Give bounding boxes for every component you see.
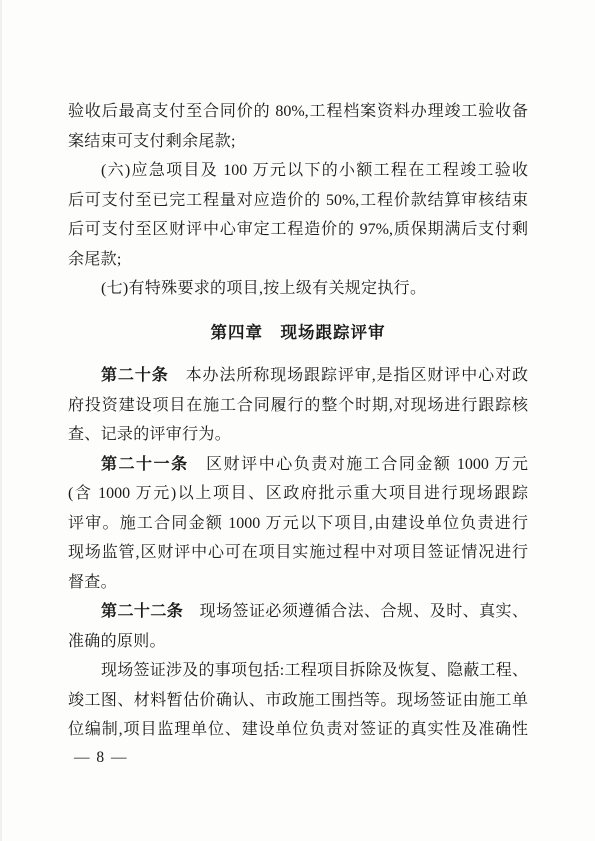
article-number: 第二十一条 bbox=[101, 456, 189, 473]
text-line: 现场监管,区财评中心可在项目实施过程中对项目签证情况进行 bbox=[68, 538, 528, 568]
text-line: 后可支付至已完工程量对应造价的 50%,工程价款结算审核结束 bbox=[68, 186, 528, 216]
text-line: 第二十条 本办法所称现场跟踪评审,是指区财评中心对政 bbox=[68, 361, 528, 391]
line-text: (含 1000 万元)以上项目、区政府批示重大项目进行现场跟踪 bbox=[68, 485, 528, 502]
text-line: 评审。施工合同金额 1000 万元以下项目,由建设单位负责进行 bbox=[68, 509, 528, 539]
line-text: 后可支付至已完工程量对应造价的 50%,工程价款结算审核结束 bbox=[68, 192, 528, 209]
line-text: 余尾款; bbox=[68, 251, 122, 268]
article-number: 第二十条 bbox=[101, 367, 169, 384]
line-text: 现场签证涉及的事项包括:工程项目拆除及恢复、隐蔽工程、 bbox=[101, 662, 528, 679]
line-text: 督查。 bbox=[68, 574, 117, 591]
text-line: 余尾款; bbox=[68, 245, 528, 275]
line-text: 现场签证必须遵循合法、合规、及时、真实、 bbox=[183, 603, 528, 620]
text-line: 督查。 bbox=[68, 568, 528, 598]
line-text: 准确的原则。 bbox=[68, 633, 166, 650]
document-page: 验收后最高支付至合同价的 80%,工程档案资料办理竣工验收备 案结束可支付剩余尾… bbox=[0, 0, 595, 841]
line-text: 现场监管,区财评中心可在项目实施过程中对项目签证情况进行 bbox=[68, 544, 528, 561]
text-line: 第二十二条 现场签证必须遵循合法、合规、及时、真实、 bbox=[68, 597, 528, 627]
line-text: 查、记录的评审行为。 bbox=[68, 426, 231, 443]
line-text: 评审。施工合同金额 1000 万元以下项目,由建设单位负责进行 bbox=[68, 515, 528, 532]
line-text: 案结束可支付剩余尾款; bbox=[68, 133, 236, 150]
text-line: (含 1000 万元)以上项目、区政府批示重大项目进行现场跟踪 bbox=[68, 479, 528, 509]
line-text: 竣工图、材料暂估价确认、市政施工围挡等。现场签证由施工单 bbox=[68, 692, 528, 709]
text-line: 案结束可支付剩余尾款; bbox=[68, 127, 528, 157]
line-text: 区财评中心负责对施工合同金额 1000 万元 bbox=[189, 456, 528, 473]
line-text: 后可支付至区财评中心审定工程造价的 97%,质保期满后支付剩 bbox=[68, 221, 528, 238]
line-text: 府投资建设项目在施工合同履行的整个时期,对现场进行跟踪核 bbox=[68, 397, 528, 414]
text-line: 查、记录的评审行为。 bbox=[68, 420, 528, 450]
text-line: (七)有特殊要求的项目,按上级有关规定执行。 bbox=[68, 274, 528, 304]
line-text: 位编制,项目监理单位、建设单位负责对签证的真实性及准确性 bbox=[68, 721, 528, 738]
text-line: 后可支付至区财评中心审定工程造价的 97%,质保期满后支付剩 bbox=[68, 215, 528, 245]
chapter-heading: 第四章 现场跟踪评审 bbox=[68, 318, 528, 348]
text-line: 位编制,项目监理单位、建设单位负责对签证的真实性及准确性 bbox=[68, 715, 528, 745]
text-line: 第二十一条 区财评中心负责对施工合同金额 1000 万元 bbox=[68, 450, 528, 480]
document-body: 验收后最高支付至合同价的 80%,工程档案资料办理竣工验收备 案结束可支付剩余尾… bbox=[68, 97, 528, 745]
line-text: (六)应急项目及 100 万元以下的小额工程在工程竣工验收 bbox=[101, 162, 528, 179]
scan-edge-artifact bbox=[0, 0, 2, 841]
article-number: 第二十二条 bbox=[101, 603, 183, 620]
line-text: (七)有特殊要求的项目,按上级有关规定执行。 bbox=[101, 280, 426, 297]
text-line: 准确的原则。 bbox=[68, 627, 528, 657]
text-line: (六)应急项目及 100 万元以下的小额工程在工程竣工验收 bbox=[68, 156, 528, 186]
text-line: 竣工图、材料暂估价确认、市政施工围挡等。现场签证由施工单 bbox=[68, 686, 528, 716]
page-number: — 8 — bbox=[74, 748, 128, 768]
text-line: 验收后最高支付至合同价的 80%,工程档案资料办理竣工验收备 bbox=[68, 97, 528, 127]
text-line: 府投资建设项目在施工合同履行的整个时期,对现场进行跟踪核 bbox=[68, 391, 528, 421]
line-text: 本办法所称现场跟踪评审,是指区财评中心对政 bbox=[169, 367, 528, 384]
line-text: 验收后最高支付至合同价的 80%,工程档案资料办理竣工验收备 bbox=[68, 103, 528, 120]
text-line: 现场签证涉及的事项包括:工程项目拆除及恢复、隐蔽工程、 bbox=[68, 656, 528, 686]
